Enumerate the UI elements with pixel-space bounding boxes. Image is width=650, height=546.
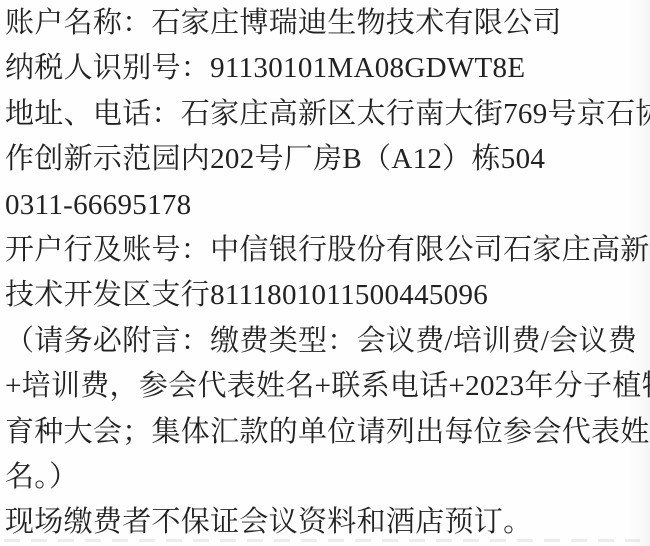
bank-account-line-1: 开户行及账号：中信银行股份有限公司石家庄高新 — [5, 228, 646, 273]
payment-info-text-block: 账户名称：石家庄博瑞迪生物技术有限公司 纳税人识别号：91130101MA08G… — [0, 0, 650, 546]
onsite-payment-note-line: 现场缴费者不保证会议资料和酒店预订。 — [5, 500, 646, 545]
taxpayer-id-line: 纳税人识别号：91130101MA08GDWT8E — [5, 46, 646, 91]
phone-number-line: 0311-66695178 — [5, 183, 646, 228]
account-name-line: 账户名称：石家庄博瑞迪生物技术有限公司 — [5, 1, 646, 46]
bank-account-line-2: 技术开发区支行8111801011500445096 — [5, 273, 646, 318]
address-phone-line-2: 作创新示范园内202号厂房B（A12）栋504 — [5, 137, 646, 182]
remark-note-line-4: 名。） — [5, 455, 646, 500]
remark-note-line-3: 育种大会；集体汇款的单位请列出每位参会代表姓 — [5, 410, 646, 455]
document-page: 账户名称：石家庄博瑞迪生物技术有限公司 纳税人识别号：91130101MA08G… — [0, 0, 650, 546]
address-phone-line-1: 地址、电话：石家庄高新区太行南大街769号京石协 — [5, 92, 646, 137]
remark-note-line-2: +培训费，参会代表姓名+联系电话+2023年分子植物 — [5, 364, 646, 409]
remark-note-line-1: （请务必附言：缴费类型：会议费/培训费/会议费 — [5, 319, 646, 364]
